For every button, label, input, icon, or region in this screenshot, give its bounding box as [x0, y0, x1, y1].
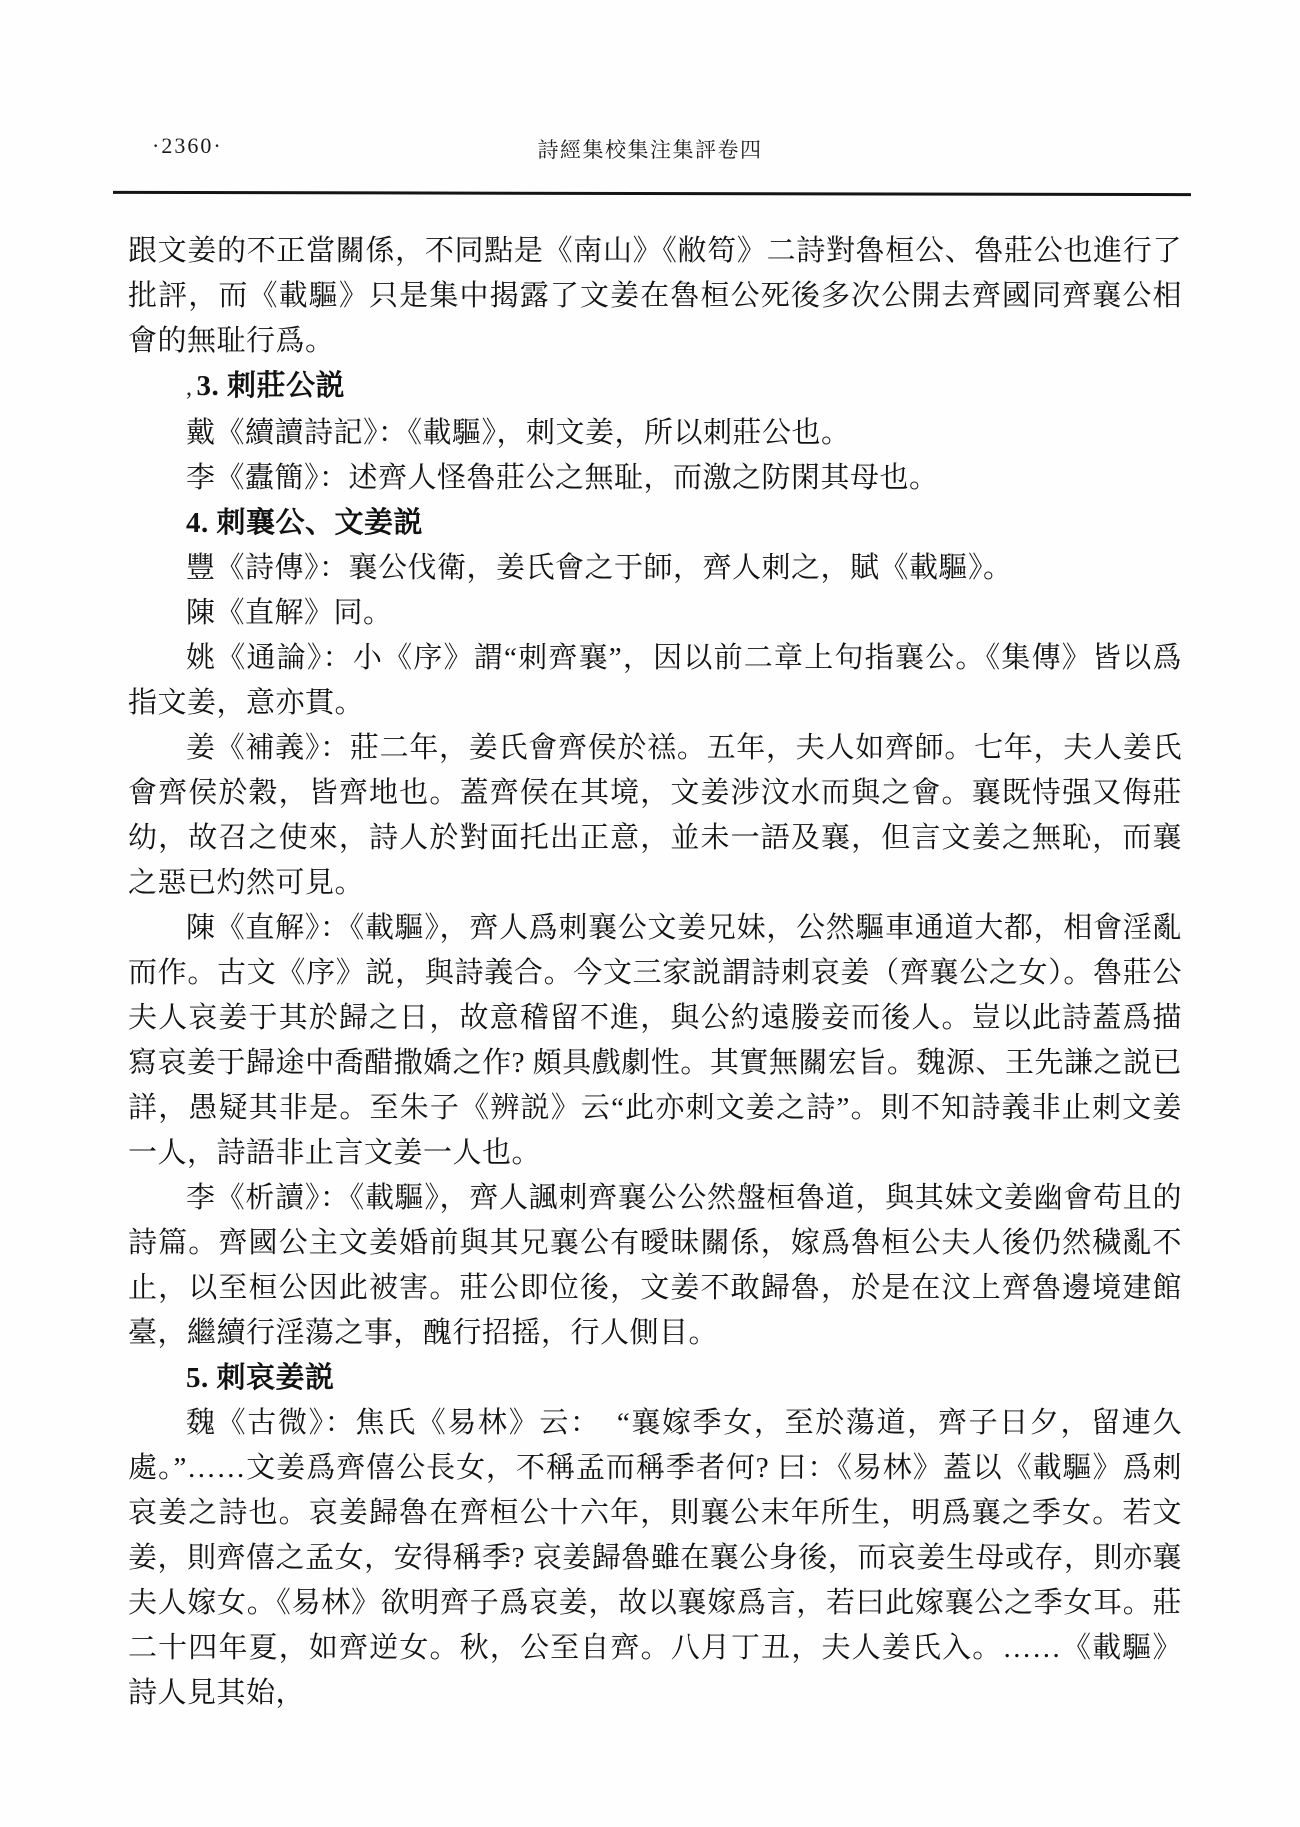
- paragraph: 陳《直解》：《載驅》，齊人爲刺襄公文姜兄妹，公然驅車通道大都，相會淫亂而作。古文…: [128, 906, 1182, 1176]
- header-rule: [113, 191, 1191, 196]
- paragraph: 魏《古微》：焦氏《易林》云： “襄嫁季女，至於蕩道，齊子日夕，留連久處。”……文…: [128, 1401, 1182, 1716]
- section-heading: 5. 刺哀姜説: [128, 1356, 1182, 1401]
- section-heading: 4. 刺襄公、文姜説: [128, 501, 1182, 546]
- paragraph: 陳《直解》同。: [128, 591, 1182, 636]
- page-header: ·2360· 詩經集校集注集評卷四: [0, 131, 1300, 167]
- paragraph: 姜《補義》：莊二年，姜氏會齊侯於禚。五年，夫人如齊師。七年，夫人姜氏會齊侯於穀，…: [128, 726, 1182, 906]
- scanned-book-page: ·2360· 詩經集校集注集評卷四 跟文姜的不正當關係，不同點是《南山》《敝笱》…: [0, 0, 1300, 1827]
- text-body: 跟文姜的不正當關係，不同點是《南山》《敝笱》二詩對魯桓公、魯莊公也進行了批評，而…: [128, 229, 1182, 1716]
- paragraph: 李《析讀》：《載驅》，齊人諷刺齊襄公公然盤桓魯道，與其妹文姜幽會苟且的詩篇。齊國…: [128, 1176, 1182, 1356]
- running-title: 詩經集校集注集評卷四: [0, 134, 1300, 164]
- scan-artifact-mark: ,: [186, 375, 193, 401]
- paragraph: 李《蠹簡》：述齊人怪魯莊公之無耻，而激之防閑其母也。: [128, 456, 1182, 501]
- section-heading: ,3. 刺莊公説: [128, 364, 1182, 411]
- paragraph: 跟文姜的不正當關係，不同點是《南山》《敝笱》二詩對魯桓公、魯莊公也進行了批評，而…: [128, 229, 1182, 364]
- paragraph: 姚《通論》：小《序》謂“刺齊襄”，因以前二章上句指襄公。《集傳》皆以爲指文姜，意…: [128, 636, 1182, 726]
- paragraph: 豐《詩傳》：襄公伐衛，姜氏會之于師，齊人刺之，賦《載驅》。: [128, 546, 1182, 591]
- paragraph: 戴《續讀詩記》：《載驅》，刺文姜，所以刺莊公也。: [128, 411, 1182, 456]
